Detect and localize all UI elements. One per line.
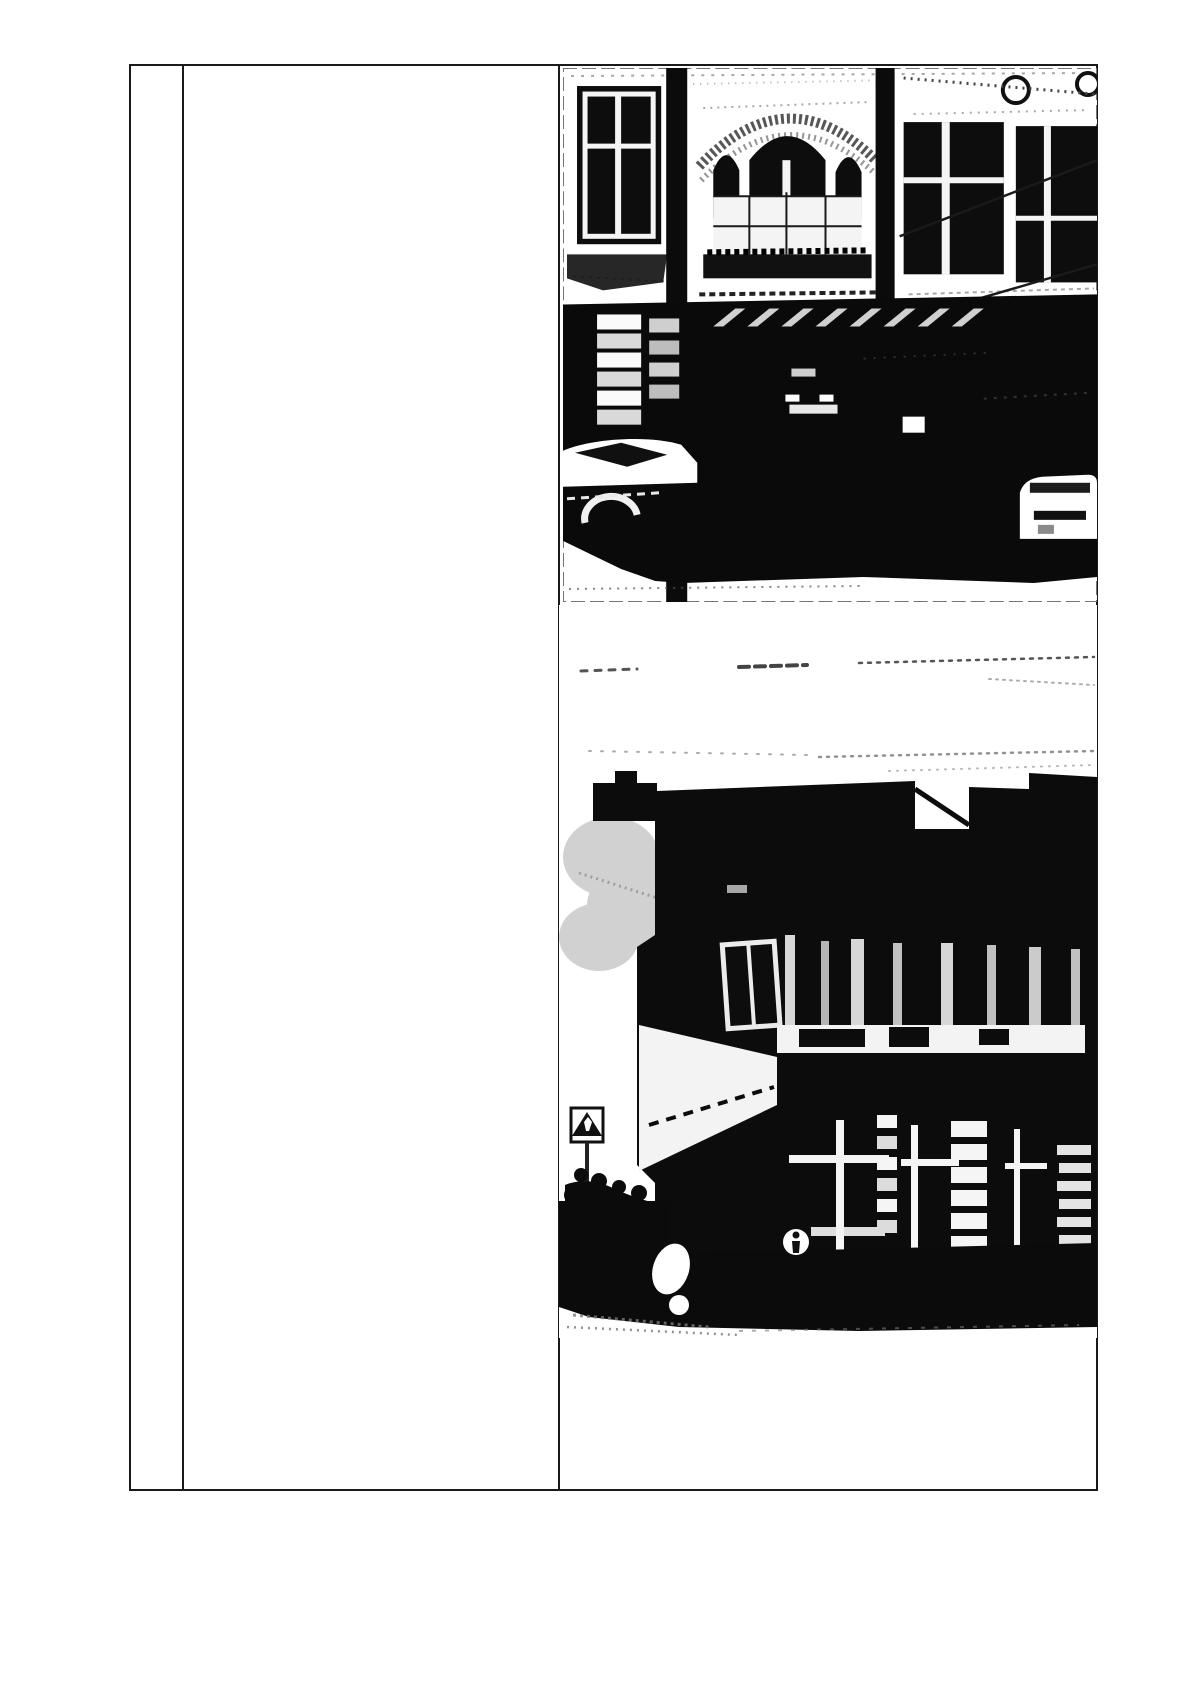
table-border-top — [129, 64, 1098, 66]
ground-floor-shadow — [563, 294, 1097, 583]
chimney — [593, 783, 657, 821]
table-border-bottom — [129, 1489, 1098, 1491]
street-mass — [559, 1243, 1097, 1331]
pole-center — [876, 68, 895, 330]
table-cell-number — [131, 66, 182, 1489]
bay-window-frame — [722, 941, 780, 1028]
facade-left-window — [567, 86, 667, 290]
parked-car-right — [1020, 475, 1097, 539]
table-border-left — [129, 64, 131, 1491]
document-page — [0, 0, 1200, 1698]
round-door-sign — [783, 1229, 809, 1255]
photo-corner-building — [559, 605, 1097, 1338]
photo-corner-building-art — [559, 605, 1097, 1338]
table-cell-description — [184, 66, 558, 1489]
table-border-col2 — [182, 64, 184, 1491]
photo-building-facade-art — [563, 68, 1097, 602]
photo-building-facade — [563, 68, 1097, 602]
